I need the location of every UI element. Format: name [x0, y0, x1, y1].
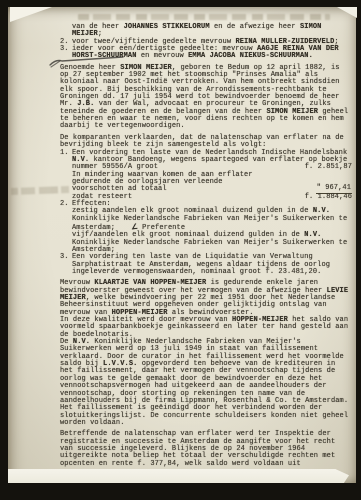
paragraph-bewindvoering-2: In deze kwaliteit werd door mevrouw van … — [60, 317, 352, 339]
heirs-continuation-text: van de heer JOHANNES STIKKELORUM en de a… — [72, 23, 321, 38]
list-marker: 3. — [60, 254, 69, 261]
estate-item-3: 3. Een vordering ten laste van de Liquid… — [60, 254, 352, 276]
list-marker: 3. — [60, 46, 69, 53]
page-corner-top-left — [10, 7, 52, 22]
estate-item-3-text: Een vordering ten laste van de Liquidati… — [72, 253, 330, 276]
heirs-list: van de heer JOHANNES STIKKELORUM en de a… — [60, 24, 352, 61]
adjacent-page-edge-bottom — [8, 469, 349, 483]
amount-result: f. 1.884,46 — [305, 194, 352, 201]
paragraph-bewindvoering-1: Mevrouw KLAARTJE VAN HOPPEN-MEIJER is ge… — [60, 280, 352, 317]
estate-item-2: 2. Effecten: zestig aandelen elk groot n… — [60, 201, 352, 254]
deduction-text: In mindering waarvan komen de aan erflat… — [72, 172, 270, 194]
paragraph-estate-intro: De komparanten verklaarden, dat de nalat… — [60, 135, 352, 150]
amount-claim: f. 2.851,87 — [305, 164, 352, 171]
heirs-list-continuation: van de heer JOHANNES STIKKELORUM en de a… — [60, 24, 352, 39]
paragraph-simon-meijer: Genoemde heer SIMON MEIJER, geboren te B… — [60, 65, 352, 131]
page-corner-top-right — [337, 7, 357, 18]
insertion-caret-mark: ∠ — [131, 223, 139, 231]
estate-item-2-line2: vijf/aandelen elk groot nominaal duizend… — [72, 231, 347, 254]
heirs-item-3: 3. ieder voor een/dertigste gedeelte: me… — [60, 46, 352, 61]
list-marker: 1. — [60, 150, 69, 157]
estate-item-2-line1: zestig aandelen elk groot nominaal duize… — [72, 207, 347, 232]
estate-item-1: 1. Een vordering ten laste van de Nederl… — [60, 150, 352, 201]
paragraph-successie: Betreffende de nalatenschap van erflater… — [60, 431, 352, 468]
typescript-body: van de heer JOHANNES STIKKELORUM en de a… — [60, 24, 352, 468]
paragraph-faillissement-2: Het faillissement is geëindigd door het … — [60, 405, 352, 427]
document-scan: van de heer JOHANNES STIKKELORUM en de a… — [0, 0, 361, 500]
heirs-item-3-text: ieder voor een/dertigste gedeelte: mevro… — [72, 45, 339, 60]
list-marker: 2. — [60, 201, 69, 208]
faded-typescript-line — [78, 14, 330, 20]
paragraph-faillissement-1: De N.V. Koninklijke Nederlandsche Fabrie… — [60, 339, 352, 405]
